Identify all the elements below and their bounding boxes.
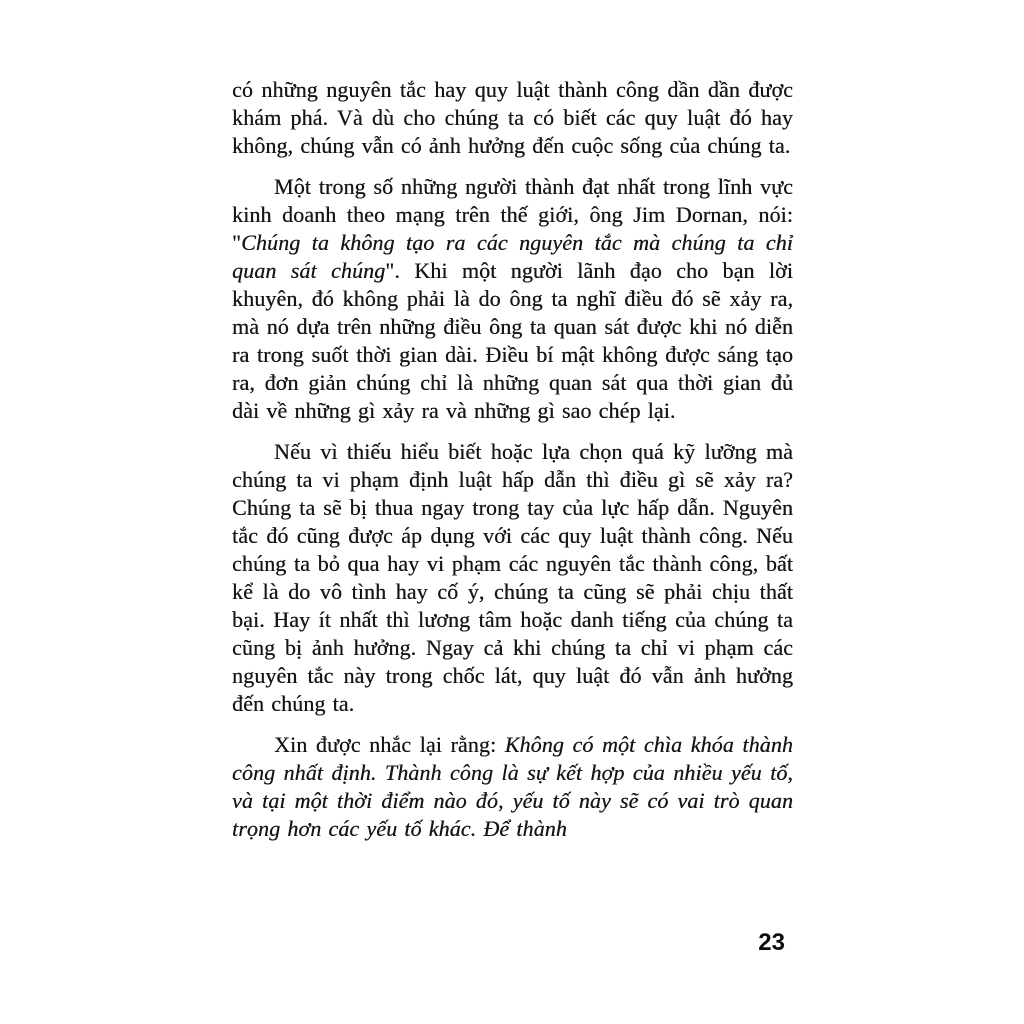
book-page: có những nguyên tắc hay quy luật thành c… — [0, 0, 1024, 1024]
paragraph: Một trong số những người thành đạt nhất … — [232, 173, 793, 425]
paragraph: Xin được nhắc lại rằng: Không có một chì… — [232, 731, 793, 843]
page-body-text: có những nguyên tắc hay quy luật thành c… — [232, 76, 793, 856]
page-number: 23 — [758, 929, 785, 957]
text-segment: có những nguyên tắc hay quy luật thành c… — [232, 77, 793, 158]
paragraph: Nếu vì thiếu hiểu biết hoặc lựa chọn quá… — [232, 438, 793, 718]
text-segment: Xin được nhắc lại rằng: — [274, 732, 505, 757]
paragraph: có những nguyên tắc hay quy luật thành c… — [232, 76, 793, 160]
text-segment: Nếu vì thiếu hiểu biết hoặc lựa chọn quá… — [232, 439, 793, 716]
